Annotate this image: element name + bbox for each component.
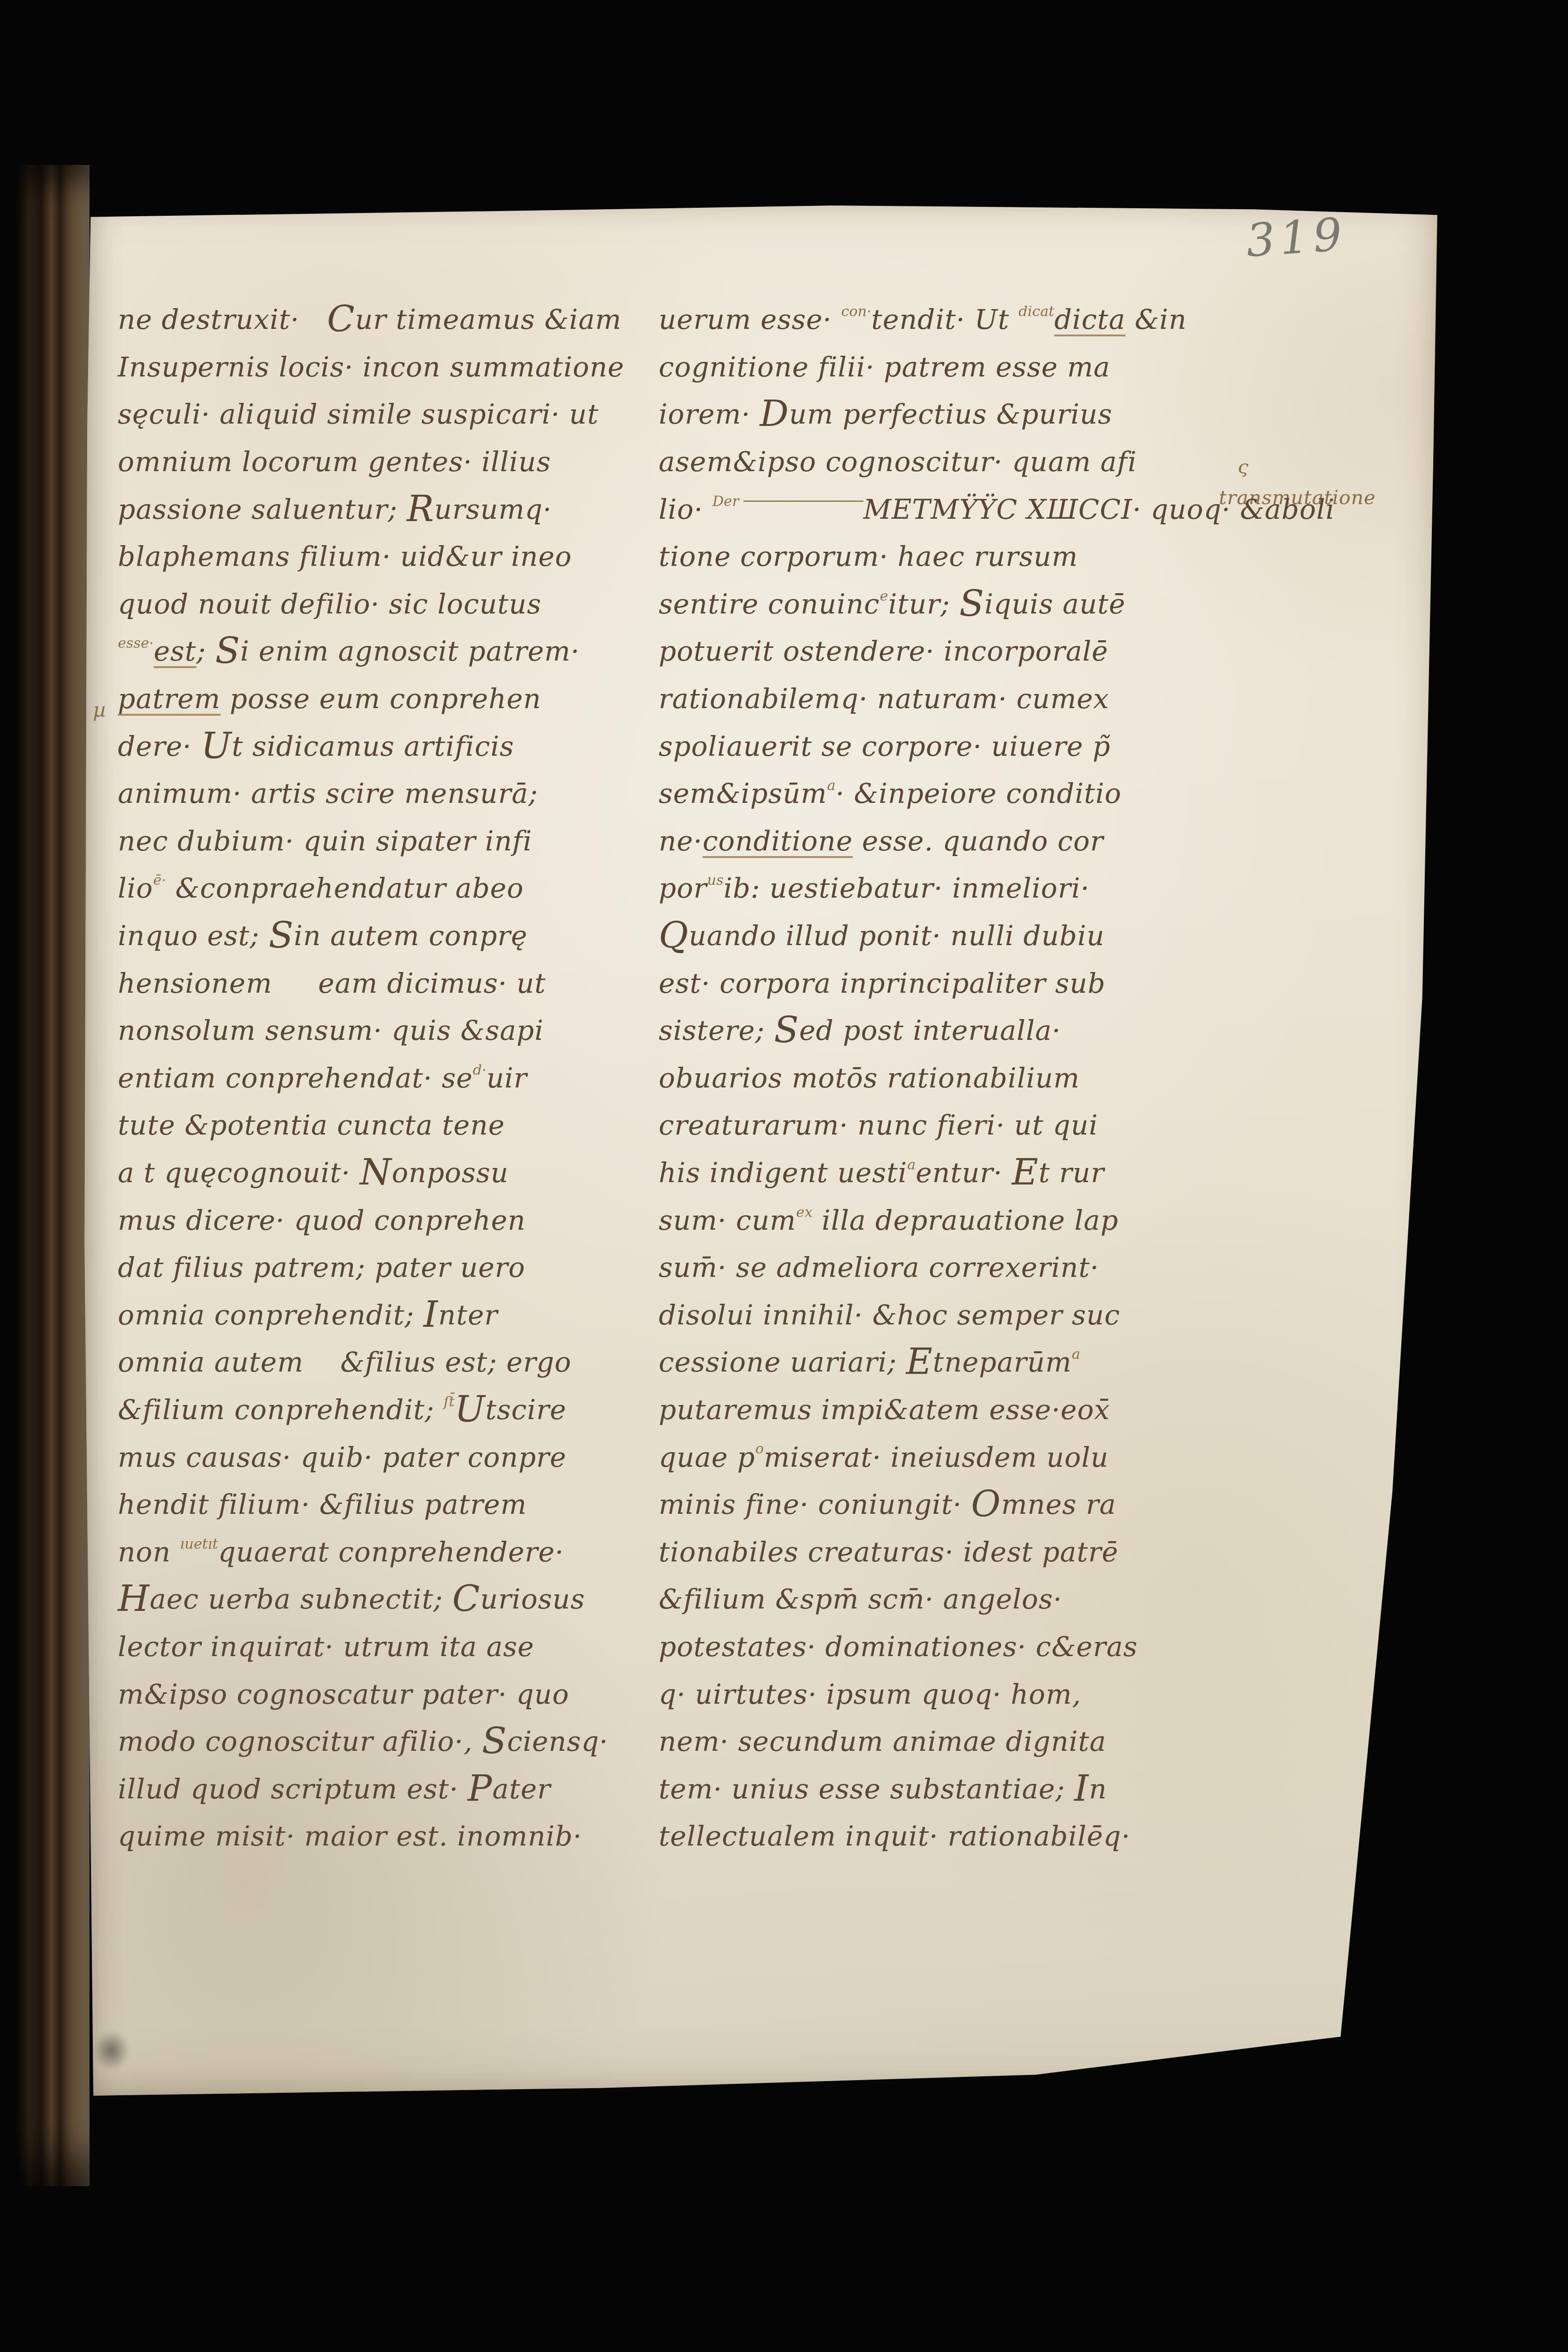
manuscript-line: minis fine· coniungit· Omnes ra [659, 1481, 1252, 1528]
manuscript-line: omnia autem &filius est; ergo [118, 1339, 678, 1386]
manuscript-line: sem&ipsūma· &inpeiore conditio [659, 770, 1252, 817]
manuscript-line: sum̄· se admeliora correxerint· [659, 1244, 1252, 1291]
manuscript-line: patrem posse eum conprehen [118, 675, 678, 723]
manuscript-line: potestates· dominationes· c&eras [659, 1623, 1252, 1671]
manuscript-line: &filium &spm̄ scm̄· angelos· [659, 1576, 1252, 1623]
manuscript-line: sistere; Sed post interualla· [659, 1007, 1252, 1054]
manuscript-line: Quando illud ponit· nulli dubiu [659, 912, 1252, 960]
manuscript-line: &filium conprehendit; ſt̄Utscire [118, 1386, 678, 1434]
manuscript-line: q· uirtutes· ipsum quoq· hom, [659, 1670, 1252, 1718]
manuscript-line: rationabilemq· naturam· cumex [659, 675, 1252, 723]
manuscript-line: modo cognoscitur afilio·, Sciensq· [118, 1718, 678, 1765]
manuscript-line: omnia conprehendit; Inter [118, 1291, 678, 1339]
manuscript-line: creaturarum· nunc fieri· ut qui [659, 1102, 1252, 1149]
manuscript-line: tellectualem inquit· rationabilēq· [659, 1813, 1252, 1860]
manuscript-line: Insupernis locis· incon summatione [118, 343, 678, 391]
manuscript-line: inquo est; Sin autem conprę [118, 912, 678, 960]
manuscript-line: mus causas· quib· pater conpre [118, 1433, 678, 1481]
manuscript-line: quime misit· maior est. inomnib· [118, 1813, 678, 1860]
manuscript-line: spoliauerit se corpore· uiuere p̃ [659, 722, 1252, 770]
manuscript-line: a t quęcognouit· Nonpossu [118, 1149, 678, 1197]
manuscript-line: entiam conprehendat· sed·uir [118, 1054, 678, 1102]
manuscript-line: lioē· &conpraehendatur abeo [118, 865, 678, 912]
manuscript-line: quae pomiserat· ineiusdem uolu [659, 1433, 1252, 1481]
text-column-left: ne destruxit· Cur timeamus &iamInsuperni… [118, 296, 678, 1860]
manuscript-line: tem· unius esse substantiae; In [659, 1765, 1252, 1813]
manuscript-line: dere· Ut sidicamus artificis [118, 722, 678, 770]
manuscript-line: dat filius patrem; pater uero [118, 1244, 678, 1291]
manuscript-line: illud quod scriptum est· Pater [118, 1765, 678, 1813]
manuscript-line: potuerit ostendere· incorporalē [659, 628, 1252, 675]
manuscript-line: nem· secundum animae dignita [659, 1718, 1252, 1765]
manuscript-line: tute &potentia cuncta tene [118, 1102, 678, 1149]
manuscript-line: non ıuetıtquaerat conprehendere· [118, 1528, 678, 1576]
manuscript-line: quod nouit defilio· sic locutus [118, 580, 678, 628]
text-column-right: uerum esse· con·tendit· Ut dicatdicta &i… [659, 296, 1252, 1860]
manuscript-photo: { "page": { "folio_number": "319", "marg… [0, 0, 1568, 2352]
manuscript-line: passione saluentur; Rursumq· [118, 485, 678, 533]
manuscript-line: lio· Der ──────────────ΜΕΤΜΫΫC ΧШCCΙ· qu… [659, 485, 1252, 533]
ink-stain [88, 2022, 140, 2079]
manuscript-line: cessione uariari; Etneparūma [659, 1339, 1252, 1386]
manuscript-line: lector inquirat· utrum ita ase [118, 1623, 678, 1671]
manuscript-line: cognitione filii· patrem esse ma [659, 343, 1252, 391]
manuscript-line: blaphemans filium· uid&ur ineo [118, 533, 678, 580]
manuscript-line: tionabiles creaturas· idest patrē [659, 1528, 1252, 1576]
manuscript-line: esse·est; Si enim agnoscit patrem· [118, 628, 678, 675]
left-margin-nota-mark: µ [93, 698, 106, 721]
manuscript-line: putaremus impi&atem esse·eox̄ [659, 1386, 1252, 1434]
manuscript-line: nonsolum sensum· quis &sapi [118, 1007, 678, 1054]
manuscript-line: ne destruxit· Cur timeamus &iam [118, 296, 678, 343]
manuscript-line: obuarios motōs rationabilium [659, 1054, 1252, 1102]
manuscript-line: hensionem eam dicimus· ut [118, 959, 678, 1007]
manuscript-line: porusib: uestiebatur· inmeliori· [659, 865, 1252, 912]
manuscript-line: uerum esse· con·tendit· Ut dicatdicta &i… [659, 296, 1252, 343]
folio-number: 319 [1244, 208, 1348, 268]
manuscript-line: m&ipso cognoscatur pater· quo [118, 1670, 678, 1718]
manuscript-page: 319 ς transmutatione µ ne destruxit· Cur… [82, 198, 1444, 2101]
manuscript-line: disolui innihil· &hoc semper suc [659, 1291, 1252, 1339]
manuscript-line: tione corporum· haec rursum [659, 533, 1252, 580]
manuscript-line: est· corpora inprincipaliter sub [659, 959, 1252, 1007]
manuscript-line: his indigent uestiaentur· Et rur [659, 1149, 1252, 1197]
manuscript-line: Haec uerba subnectit; Curiosus [118, 1576, 678, 1623]
manuscript-line: sentire conuinceitur; Siquis autē [659, 580, 1252, 628]
manuscript-line: omnium locorum gentes· illius [118, 438, 678, 486]
manuscript-line: asem&ipso cognoscitur· quam afi [659, 438, 1252, 486]
manuscript-line: animum· artis scire mensurā; [118, 770, 678, 817]
manuscript-line: sęculi· aliquid simile suspicari· ut [118, 391, 678, 438]
manuscript-line: ne·conditione esse. quando cor [659, 817, 1252, 865]
manuscript-line: sum· cumex illa deprauatione lap [659, 1196, 1252, 1244]
manuscript-line: hendit filium· &filius patrem [118, 1481, 678, 1528]
manuscript-line: mus dicere· quod conprehen [118, 1196, 678, 1244]
book-binding-edge [16, 165, 90, 2186]
manuscript-line: iorem· Dum perfectius &purius [659, 391, 1252, 438]
manuscript-line: nec dubium· quin sipater infi [118, 817, 678, 865]
